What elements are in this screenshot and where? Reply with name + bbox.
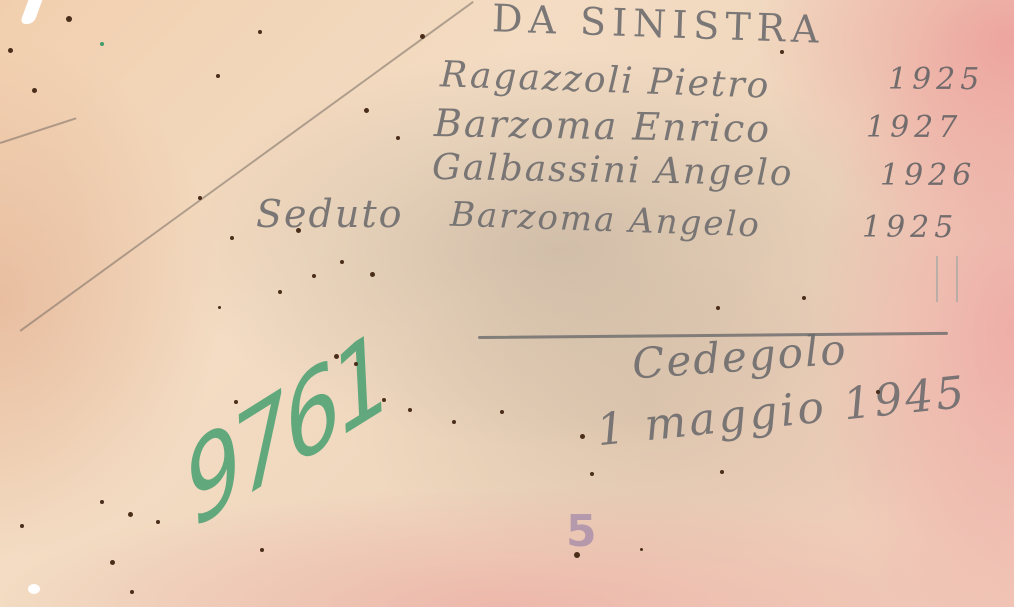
- foxing-spot: [340, 260, 344, 264]
- paper-crease: [20, 1, 474, 331]
- paper-crease: [0, 117, 76, 143]
- foxing-spot: [218, 306, 221, 309]
- person-year: 1926: [880, 158, 976, 193]
- foxing-spot: [216, 74, 220, 78]
- foxing-spot: [396, 136, 400, 140]
- foxing-spot: [720, 470, 724, 474]
- foxing-spot: [234, 400, 238, 404]
- torn-corner: [28, 584, 40, 594]
- foxing-spot: [312, 274, 316, 278]
- foxing-spot: [500, 410, 504, 414]
- purple-stamp-mark: 5: [566, 506, 597, 557]
- foxing-spot: [334, 354, 339, 359]
- person-name: Barzoma Angelo: [449, 195, 761, 246]
- foxing-spot: [370, 272, 375, 277]
- foxing-spot: [230, 236, 234, 240]
- foxing-spot: [8, 48, 13, 53]
- foxing-spot: [258, 30, 262, 34]
- person-name: Galbassini Angelo: [432, 147, 794, 194]
- green-crayon-marking: 9761: [175, 309, 396, 553]
- foxing-spot: [198, 196, 202, 200]
- foxing-spot: [100, 500, 104, 504]
- foxing-spot: [590, 472, 594, 476]
- foxing-spot: [802, 296, 806, 300]
- foxing-spot: [66, 16, 72, 22]
- heading-da-sinistra: DA SINISTRA: [491, 0, 825, 52]
- foxing-spot: [20, 524, 24, 528]
- foxing-spot: [128, 512, 133, 517]
- foxing-spot: [296, 228, 301, 233]
- person-year: 1925: [862, 210, 958, 245]
- foxing-spot: [278, 290, 282, 294]
- pencil-mark: [956, 256, 958, 302]
- foxing-spot: [780, 50, 784, 54]
- foxing-spot: [156, 520, 160, 524]
- foxing-spot: [110, 560, 115, 565]
- foxing-spot: [100, 42, 104, 46]
- photo-back-card: DA SINISTRA Ragazzoli Pietro 1925 Barzom…: [0, 0, 1014, 607]
- foxing-spot: [130, 590, 134, 594]
- foxing-spot: [32, 88, 37, 93]
- torn-corner: [20, 0, 43, 24]
- pencil-mark: [936, 256, 938, 302]
- foxing-spot: [876, 390, 880, 394]
- foxing-spot: [354, 362, 358, 366]
- foxing-spot: [364, 108, 369, 113]
- foxing-spot: [640, 548, 643, 551]
- foxing-spot: [420, 34, 425, 39]
- seated-label: Seduto: [256, 192, 403, 236]
- foxing-spot: [580, 434, 585, 439]
- person-name: Ragazzoli Pietro: [439, 54, 771, 107]
- foxing-spot: [452, 420, 456, 424]
- foxing-spot: [716, 306, 720, 310]
- person-year: 1925: [888, 62, 984, 97]
- foxing-spot: [408, 408, 412, 412]
- person-year: 1927: [866, 110, 962, 145]
- foxing-spot: [574, 552, 580, 558]
- foxing-spot: [382, 398, 386, 402]
- person-name: Barzoma Enrico: [434, 101, 772, 151]
- foxing-spot: [260, 548, 264, 552]
